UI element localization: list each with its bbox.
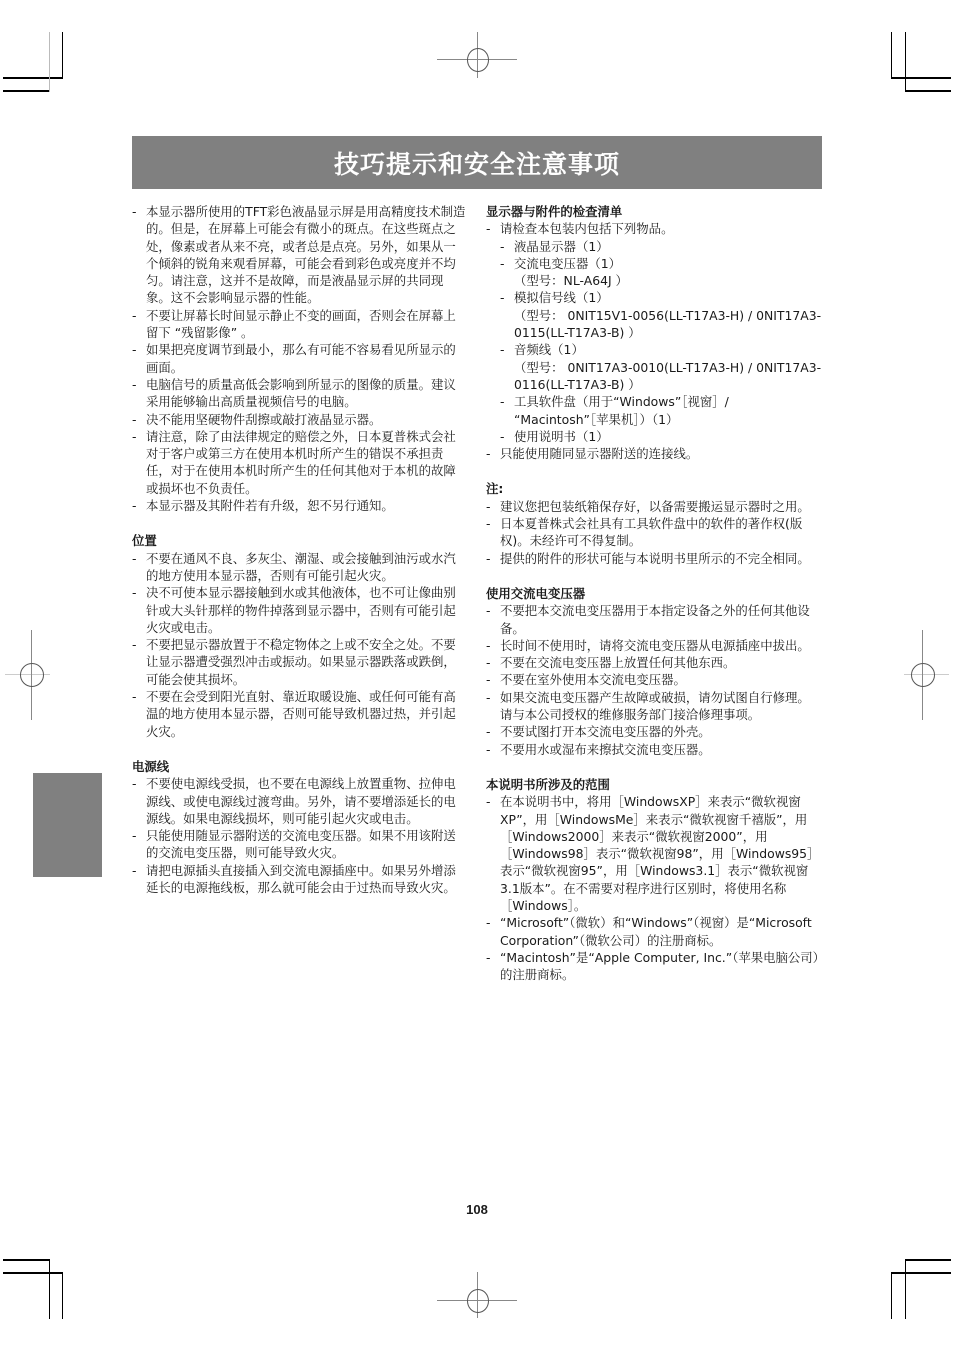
- list-item: 本显示器所使用的TFT彩色液晶显示屏是用高精度技术制造的。但是，在屏幕上可能会有…: [132, 203, 468, 307]
- page-number: 108: [0, 1202, 954, 1217]
- list-item: 如果把亮度调节到最小，那么有可能不容易看见所显示的画面。: [132, 341, 468, 376]
- list-item: 日本夏普株式会社具有工具软件盘中的软件的著作权(版权)。未经许可不得复制。: [486, 515, 822, 550]
- list-item: 请检查本包装内包括下列物品。 液晶显示器（1） 交流电变压器（1）（型号：NL-…: [486, 220, 822, 445]
- list-item: 建议您把包装纸箱保存好，以备需要搬运显示器时之用。: [486, 498, 822, 515]
- registration-mark-bottom: [432, 1272, 522, 1318]
- checklist-item: 使用说明书（1）: [486, 428, 822, 445]
- checklist-intro: 请检查本包装内包括下列物品。: [500, 221, 673, 236]
- list-item: 决不能用坚硬物件刮擦或敲打液晶显示器。: [132, 411, 468, 428]
- checklist-item: 工具软件盘（用于“Windows”［视窗］/ “Macintosh”［苹果机］）…: [486, 393, 822, 428]
- list-item: 长时间不使用时，请将交流电变压器从电源插座中拔出。: [486, 637, 822, 654]
- ac-adapter-list: 不要把本交流电变压器用于本指定设备之外的任何其他设备。 长时间不使用时，请将交流…: [486, 602, 822, 758]
- section-heading: 注:: [486, 480, 822, 497]
- checklist-item: 液晶显示器（1）: [486, 238, 822, 255]
- scope-section: 本说明书所涉及的范围 在本说明书中，将用［WindowsXP］来表示“微软视窗X…: [486, 776, 822, 984]
- location-list: 不要在通风不良、多灰尘、潮湿、或会接触到油污或水汽的地方使用本显示器，否则有可能…: [132, 550, 468, 740]
- side-tab: [33, 773, 102, 877]
- notes-section: 注: 建议您把包装纸箱保存好，以备需要搬运显示器时之用。 日本夏普株式会社具有工…: [486, 480, 822, 566]
- list-item: 提供的附件的形状可能与本说明书里所示的不完全相同。: [486, 550, 822, 567]
- list-item: 不要让屏幕长时间显示静止不变的画面，否则会在屏幕上留下 “残留影像” 。: [132, 307, 468, 342]
- list-item: 如果交流电变压器产生故障或破损，请勿试图自行修理。请与本公司授权的维修服务部门接…: [486, 689, 822, 724]
- list-item: 不要在会受到阳光直射、靠近取暖设施、或任何可能有高温的地方使用本显示器，否则可能…: [132, 688, 468, 740]
- scope-list: 在本说明书中，将用［WindowsXP］来表示“微软视窗XP”，用［Window…: [486, 793, 822, 983]
- location-section: 位置 不要在通风不良、多灰尘、潮湿、或会接触到油污或水汽的地方使用本显示器，否则…: [132, 532, 468, 740]
- list-item: “Macintosh”是“Apple Computer, Inc.”（苹果电脑公…: [486, 949, 822, 984]
- item-label: 音频线（1）: [514, 342, 584, 357]
- item-label: 使用说明书（1）: [514, 429, 609, 444]
- section-heading: 显示器与附件的检查清单: [486, 203, 822, 220]
- item-model: （型号： 0NIT15V1-0056(LL-T17A3-H) / 0NIT17A…: [514, 307, 822, 342]
- power-cord-section: 电源线 不要使电源线受损，也不要在电源线上放置重物、拉伸电源线、或使电源线过渡弯…: [132, 758, 468, 896]
- item-model: （型号： 0NIT17A3-0010(LL-T17A3-H) / 0NIT17A…: [514, 359, 822, 394]
- list-item: 本显示器及其附件若有升级，恕不另行通知。: [132, 497, 468, 514]
- registration-mark-left: [0, 630, 60, 720]
- intro-list: 本显示器所使用的TFT彩色液晶显示屏是用高精度技术制造的。但是，在屏幕上可能会有…: [132, 203, 468, 514]
- right-column: 显示器与附件的检查清单 请检查本包装内包括下列物品。 液晶显示器（1） 交流电变…: [486, 203, 822, 1001]
- checklist-section: 显示器与附件的检查清单 请检查本包装内包括下列物品。 液晶显示器（1） 交流电变…: [486, 203, 822, 462]
- registration-mark-right: [900, 630, 954, 720]
- list-item: 请注意，除了由法律规定的赔偿之外，日本夏普株式会社对于客户或第三方在使用本机时所…: [132, 428, 468, 497]
- left-column: 本显示器所使用的TFT彩色液晶显示屏是用高精度技术制造的。但是，在屏幕上可能会有…: [132, 203, 468, 914]
- list-item: 不要在交流电变压器上放置任何其他东西。: [486, 654, 822, 671]
- section-heading: 电源线: [132, 758, 468, 775]
- item-model: （型号：NL-A64J ）: [514, 272, 822, 289]
- page-title: 技巧提示和安全注意事项: [334, 145, 620, 181]
- checklist-list: 请检查本包装内包括下列物品。 液晶显示器（1） 交流电变压器（1）（型号：NL-…: [486, 220, 822, 462]
- list-item: 不要用水或湿布来擦拭交流电变压器。: [486, 741, 822, 758]
- list-item: “Microsoft”（微软）和“Windows”（视窗）是“Microsoft…: [486, 914, 822, 949]
- list-item: 不要把显示器放置于不稳定物体之上或不安全之处。不要让显示器遭受强烈冲击或振动。如…: [132, 636, 468, 688]
- list-item: 只能使用随同显示器附送的连接线。: [486, 445, 822, 462]
- checklist-item: 音频线（1）（型号： 0NIT17A3-0010(LL-T17A3-H) / 0…: [486, 341, 822, 393]
- ac-adapter-section: 使用交流电变压器 不要把本交流电变压器用于本指定设备之外的任何其他设备。 长时间…: [486, 585, 822, 758]
- checklist-item: 模拟信号线（1）（型号： 0NIT15V1-0056(LL-T17A3-H) /…: [486, 289, 822, 341]
- intro-section: 本显示器所使用的TFT彩色液晶显示屏是用高精度技术制造的。但是，在屏幕上可能会有…: [132, 203, 468, 514]
- list-item: 不要把本交流电变压器用于本指定设备之外的任何其他设备。: [486, 602, 822, 637]
- power-cord-list: 不要使电源线受损，也不要在电源线上放置重物、拉伸电源线、或使电源线过渡弯曲。另外…: [132, 775, 468, 896]
- section-heading: 本说明书所涉及的范围: [486, 776, 822, 793]
- list-item: 不要在通风不良、多灰尘、潮湿、或会接触到油污或水汽的地方使用本显示器，否则有可能…: [132, 550, 468, 585]
- list-item: 决不可使本显示器接触到水或其他液体，也不可让像曲别针或大头针那样的物件掉落到显示…: [132, 584, 468, 636]
- item-label: 交流电变压器（1）: [514, 256, 621, 271]
- list-item: 不要在室外使用本交流电变压器。: [486, 671, 822, 688]
- item-label: 工具软件盘（用于“Windows”［视窗］/ “Macintosh”［苹果机］）…: [514, 394, 729, 426]
- list-item: 只能使用随显示器附送的交流电变压器。如果不用该附送的交流电变压器，则可能导致火灾…: [132, 827, 468, 862]
- list-item: 电脑信号的质量高低会影响到所显示的图像的质量。建议采用能够输出高质量视频信号的电…: [132, 376, 468, 411]
- registration-mark-top: [432, 32, 522, 78]
- checklist-item: 交流电变压器（1）（型号：NL-A64J ）: [486, 255, 822, 290]
- list-item: 在本说明书中，将用［WindowsXP］来表示“微软视窗XP”，用［Window…: [486, 793, 822, 914]
- item-label: 模拟信号线（1）: [514, 290, 609, 305]
- section-heading: 使用交流电变压器: [486, 585, 822, 602]
- section-heading: 位置: [132, 532, 468, 549]
- item-label: 液晶显示器（1）: [514, 239, 609, 254]
- title-bar: 技巧提示和安全注意事项: [132, 136, 822, 189]
- list-item: 不要使电源线受损，也不要在电源线上放置重物、拉伸电源线、或使电源线过渡弯曲。另外…: [132, 775, 468, 827]
- checklist-items: 液晶显示器（1） 交流电变压器（1）（型号：NL-A64J ） 模拟信号线（1）…: [486, 238, 822, 446]
- list-item: 请把电源插头直接插入到交流电源插座中。如果另外增添延长的电源拖线板，那么就可能会…: [132, 862, 468, 897]
- list-item: 不要试图打开本交流电变压器的外壳。: [486, 723, 822, 740]
- notes-list: 建议您把包装纸箱保存好，以备需要搬运显示器时之用。 日本夏普株式会社具有工具软件…: [486, 498, 822, 567]
